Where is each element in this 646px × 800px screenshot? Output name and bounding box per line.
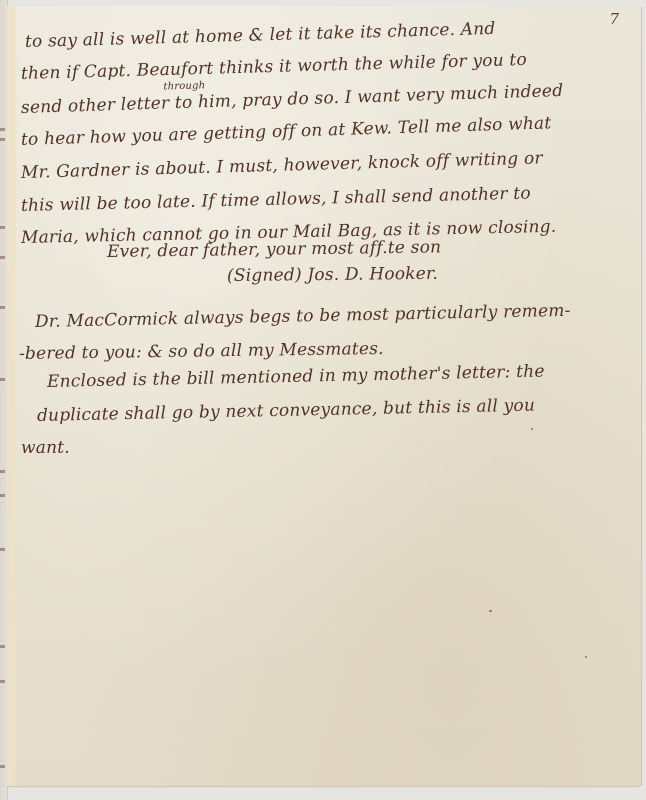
paper-speck bbox=[585, 656, 587, 658]
letter-closing: Ever, dear father, your most aff.te son bbox=[107, 237, 441, 262]
postscript-line: Dr. MacCormick always begs to be most pa… bbox=[35, 301, 571, 332]
ink-bleed-mark bbox=[0, 138, 5, 141]
letter-line: to hear how you are getting off on at Ke… bbox=[21, 113, 552, 150]
postscript-line: duplicate shall go by next conveyance, b… bbox=[37, 396, 535, 426]
postscript-line: -bered to you: & so do all my Messmates. bbox=[19, 339, 384, 364]
letter-line-text: send other letter to him, pray do so. I … bbox=[21, 81, 564, 118]
ink-bleed-mark bbox=[0, 128, 5, 131]
ink-bleed-mark bbox=[0, 306, 5, 309]
interlinear-insertion: through bbox=[163, 80, 205, 92]
letter-line: to say all is well at home & let it take… bbox=[25, 19, 496, 52]
letter-line: then if Capt. Beaufort thinks it worth t… bbox=[21, 50, 527, 84]
ink-bleed-mark bbox=[0, 645, 5, 648]
letter-signature: (Signed) Jos. D. Hooker. bbox=[227, 264, 438, 286]
letter-line: Mr. Gardner is about. I must, however, k… bbox=[21, 148, 543, 183]
ink-bleed-mark bbox=[0, 226, 5, 229]
postscript-line: want. bbox=[21, 438, 70, 458]
paper-speck bbox=[489, 610, 492, 612]
ink-bleed-mark bbox=[0, 765, 5, 768]
ink-bleed-mark bbox=[0, 378, 5, 381]
ink-bleed-mark bbox=[0, 680, 5, 683]
ink-bleed-mark bbox=[0, 256, 5, 259]
manuscript-page: 7 to say all is well at home & let it ta… bbox=[7, 6, 641, 786]
paper-speck bbox=[531, 428, 533, 430]
letter-body: to say all is well at home & let it take… bbox=[7, 6, 641, 786]
ink-bleed-mark bbox=[0, 470, 5, 473]
ink-bleed-mark bbox=[0, 548, 5, 551]
letter-line: this will be too late. If time allows, I… bbox=[21, 184, 531, 216]
letter-line: through send other letter to him, pray d… bbox=[21, 81, 564, 118]
postscript-line: Enclosed is the bill mentioned in my mot… bbox=[47, 362, 545, 392]
ink-bleed-mark bbox=[0, 494, 5, 497]
